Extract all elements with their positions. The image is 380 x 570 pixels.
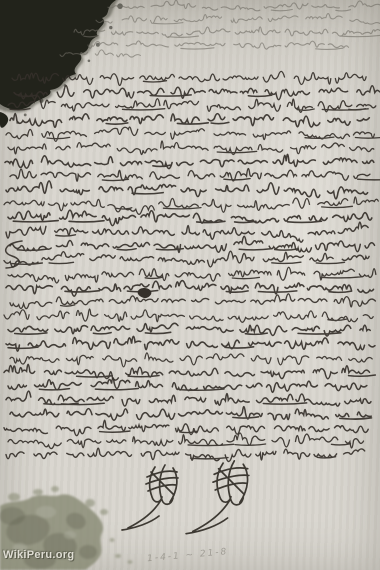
script-line [74,27,380,38]
signature-rubrics [122,461,249,534]
script-line [10,114,369,128]
script-line [4,309,373,322]
script-line [10,294,375,309]
script-line [4,197,378,214]
script-line [10,407,372,421]
script-line [8,378,367,393]
manuscript-photo: WikiPeru.org 1-4-1 ~ 21-8 [0,0,380,570]
script-line [108,0,380,11]
script-line [8,267,376,283]
script-line [8,210,372,225]
script-line [6,336,375,351]
script-line [5,154,374,168]
script-line [14,86,380,100]
script-line [96,14,380,25]
body-script [4,71,380,461]
signature-rubric [122,465,178,530]
script-line [4,364,375,380]
script-line [8,433,364,449]
corner-damage-blotch [0,0,123,128]
script-line [8,141,374,155]
script-line [10,353,372,367]
script-line [4,251,369,267]
script-line [6,448,365,461]
manuscript-render [0,0,380,570]
script-line [6,127,380,141]
script-line [4,420,368,435]
script-line [6,281,374,297]
script-line [8,96,376,113]
script-line [8,323,370,336]
signature-rubric [186,461,249,534]
watermark: WikiPeru.org [3,549,74,561]
script-line [6,181,368,199]
script-line [6,222,368,242]
script-line [88,41,349,50]
ink-blob [138,288,152,298]
script-line [6,391,371,406]
script-line [10,169,380,182]
script-line [10,236,375,252]
